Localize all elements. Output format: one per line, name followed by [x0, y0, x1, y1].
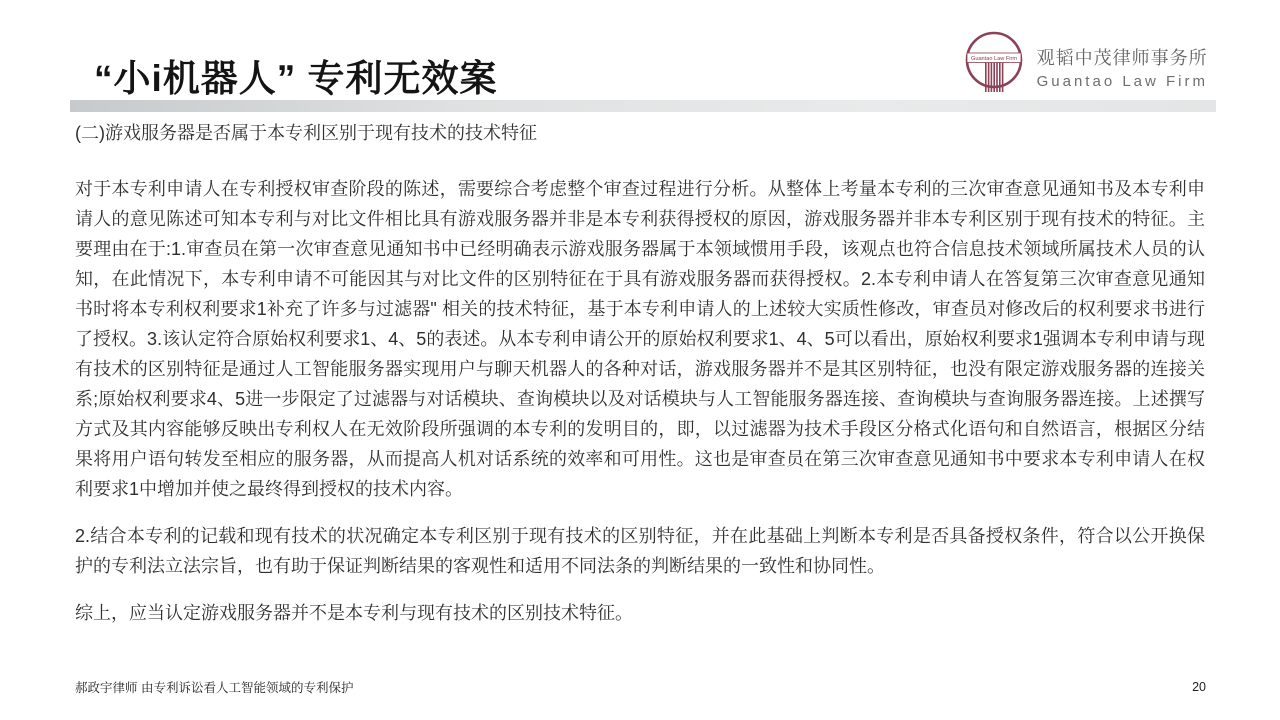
footer-author-line: 郝政宇律师 由专利诉讼看人工智能领域的专利保护	[75, 678, 353, 696]
emblem-label: Guantao Law Firm	[971, 56, 1017, 62]
law-firm-name-cn: 观韬中茂律师事务所	[1037, 44, 1208, 70]
law-firm-logo: Guantao Law Firm 观韬中茂律师事务所 Guantao Law F…	[961, 28, 1208, 105]
law-firm-name: 观韬中茂律师事务所 Guantao Law Firm	[1037, 44, 1208, 90]
section-heading: (二)游戏服务器是否属于本专利区别于现有技术的技术特征	[75, 118, 1205, 148]
body-paragraph-3: 综上，应当认定游戏服务器并不是本专利与现有技术的区别技术特征。	[75, 598, 1205, 628]
slide-body: (二)游戏服务器是否属于本专利区别于现有技术的技术特征 对于本专利申请人在专利授…	[75, 118, 1205, 628]
slide: “小i机器人” 专利无效案 Guantao Law Firm	[0, 0, 1280, 720]
body-paragraph-1: 对于本专利申请人在专利授权审查阶段的陈述，需要综合考虑整个审查过程进行分析。从整…	[75, 174, 1205, 504]
body-paragraph-2: 2.结合本专利的记载和现有技术的状况确定本专利区别于现有技术的区别特征，并在此基…	[75, 521, 1205, 581]
law-firm-name-en: Guantao Law Firm	[1037, 73, 1208, 90]
slide-footer: 郝政宇律师 由专利诉讼看人工智能领域的专利保护 20	[75, 678, 1212, 696]
slide-title: “小i机器人” 专利无效案	[94, 48, 498, 102]
page-number: 20	[1192, 680, 1212, 694]
guantao-emblem-icon: Guantao Law Firm	[961, 28, 1027, 105]
